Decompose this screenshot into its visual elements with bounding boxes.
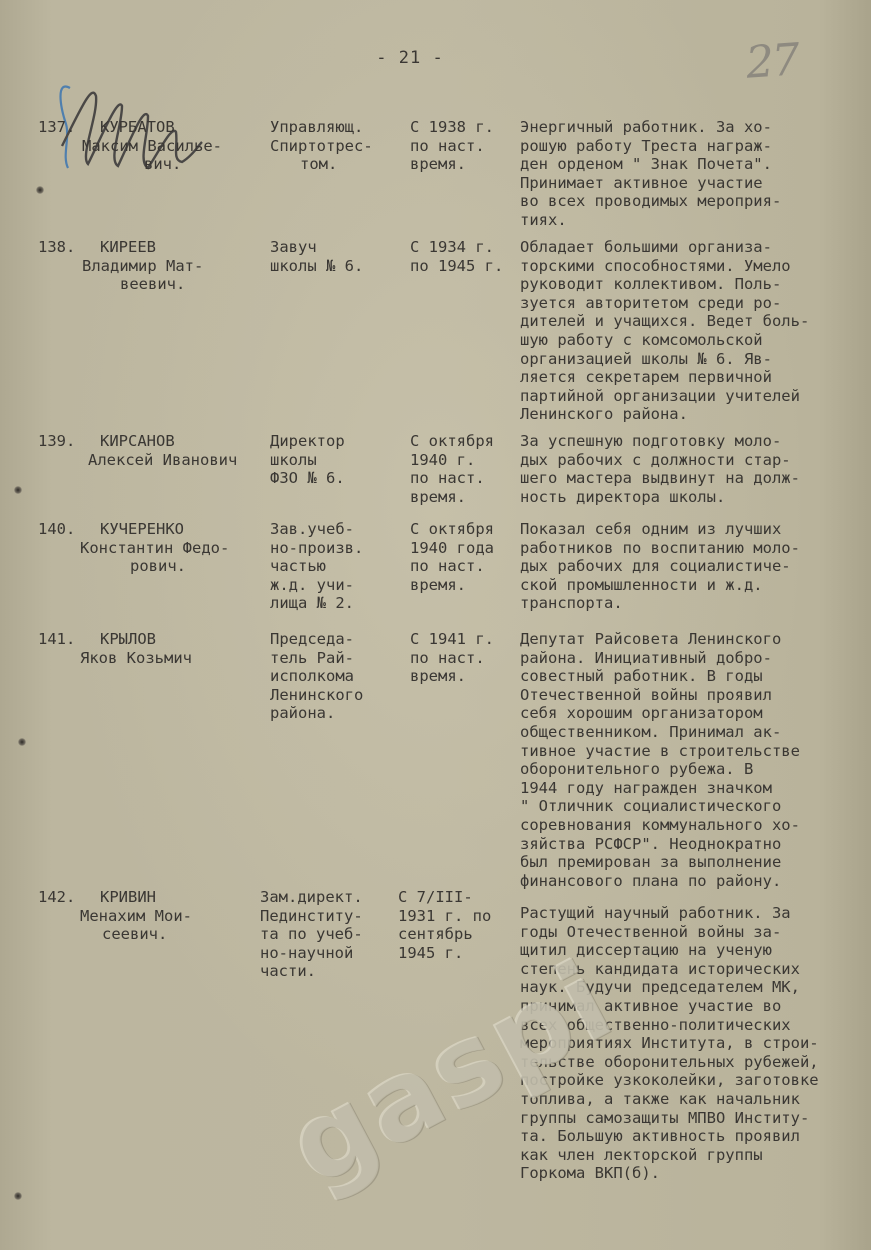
position: Завуч школы № 6. bbox=[270, 238, 410, 275]
surname: КИРЕЕВ bbox=[60, 238, 268, 257]
position: Директор школы ФЗО № 6. bbox=[270, 432, 410, 488]
position: Зам.директ. Пединститу- та по учеб- но-н… bbox=[260, 888, 400, 981]
person-name: КРЫЛОВ Яков Козьмич bbox=[60, 630, 268, 667]
person-name: КУЧЕРЕНКО Константин Федо- рович. bbox=[60, 520, 268, 576]
characterization: Энергичный работник. За хо- рошую работу… bbox=[520, 118, 870, 230]
binding-hole-icon bbox=[14, 1192, 22, 1200]
person-name: КУРБАТОВ Максим Василье- вич. bbox=[60, 118, 268, 174]
handwritten-folio-number: 27 bbox=[744, 34, 799, 89]
binding-hole-icon bbox=[14, 486, 22, 494]
characterization: Депутат Райсовета Ленинского района. Ини… bbox=[520, 630, 870, 890]
characterization: Показал себя одним из лучших работников … bbox=[520, 520, 870, 613]
person-name: КРИВИН Менахим Мои- сеевич. bbox=[60, 888, 268, 944]
characterization: Обладает большими организа- торскими спо… bbox=[520, 238, 870, 424]
service-period: С 1934 г. по 1945 г. bbox=[410, 238, 520, 275]
surname: КИРСАНОВ bbox=[60, 432, 268, 451]
service-period: С 7/III- 1931 г. по сентябрь 1945 г. bbox=[398, 888, 508, 962]
position: Зав.учеб- но-произв. частью ж.д. учи- ли… bbox=[270, 520, 410, 613]
person-name: КИРЕЕВ Владимир Мат- веевич. bbox=[60, 238, 268, 294]
surname: КУРБАТОВ bbox=[60, 118, 268, 137]
person-name: КИРСАНОВ Алексей Иванович bbox=[60, 432, 268, 469]
position: Управляющ. Спиртотрес- том. bbox=[270, 118, 410, 174]
archival-document-page: - 21 - 27 137. КУРБАТОВ Максим Василье- … bbox=[0, 0, 871, 1250]
service-period: С 1941 г. по наст. время. bbox=[410, 630, 520, 686]
binding-hole-icon bbox=[18, 738, 26, 746]
service-period: С октября 1940 г. по наст. время. bbox=[410, 432, 520, 506]
position: Председа- тель Рай- исполкома Ленинского… bbox=[270, 630, 410, 723]
surname: КУЧЕРЕНКО bbox=[60, 520, 268, 539]
service-period: С 1938 г. по наст. время. bbox=[410, 118, 520, 174]
service-period: С октября 1940 года по наст. время. bbox=[410, 520, 520, 594]
surname: КРЫЛОВ bbox=[60, 630, 268, 649]
binding-hole-icon bbox=[36, 186, 44, 194]
surname: КРИВИН bbox=[60, 888, 268, 907]
page-number: - 21 - bbox=[0, 48, 820, 68]
characterization: За успешную подготовку моло- дых рабочих… bbox=[520, 432, 870, 506]
